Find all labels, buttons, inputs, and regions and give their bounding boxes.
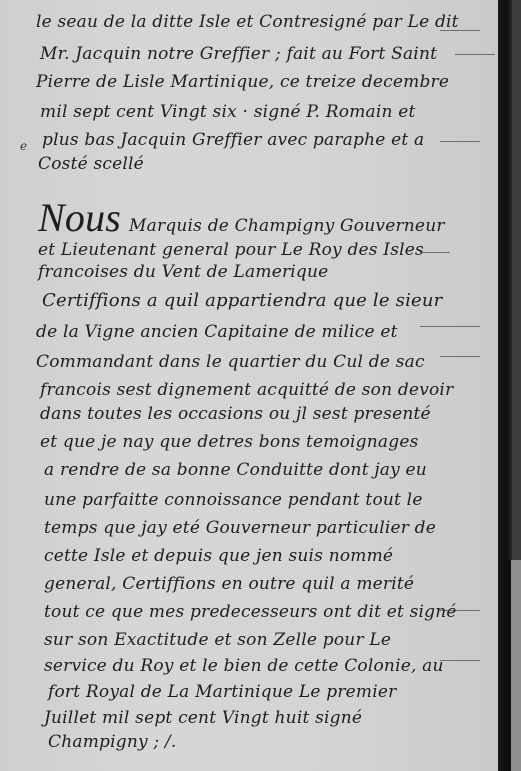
line-filler-rule (440, 356, 480, 357)
text-line: le seau de la ditte Isle et Contresigné … (36, 12, 459, 32)
text-line: une parfaitte connoissance pendant tout … (44, 490, 423, 510)
line-filler-rule (440, 610, 480, 611)
text-line: dans toutes les occasions ou jl sest pre… (40, 404, 431, 424)
text-line: general, Certiffions en outre quil a mer… (44, 574, 414, 594)
text-line: Juillet mil sept cent Vingt huit signé (44, 708, 362, 728)
manuscript-page: le seau de la ditte Isle et Contresigné … (0, 0, 500, 771)
text-line: fort Royal de La Martinique Le premier (48, 682, 396, 702)
text-line: Costé scellé (38, 154, 144, 174)
text-line: Pierre de Lisle Martinique, ce treize de… (36, 72, 449, 92)
text-line: francois sest dignement acquitté de son … (40, 380, 453, 400)
text-line: Mr. Jacquin notre Greffier ; fait au For… (40, 44, 437, 64)
signature-line: Champigny ; /. (48, 732, 176, 752)
text-line: sur son Exactitude et son Zelle pour Le (44, 630, 391, 650)
line-filler-rule (440, 660, 480, 661)
text-line: temps que jay eté Gouverneur particulier… (44, 518, 436, 538)
text-line: Commandant dans le quartier du Cul de sa… (36, 352, 425, 372)
text-line: francoises du Vent de Lamerique (38, 262, 328, 282)
initial-word-nous: Nous (38, 195, 121, 240)
text-line: et Lieutenant general pour Le Roy des Is… (38, 240, 424, 260)
line-filler-rule (440, 141, 480, 142)
heading-line: NousMarquis de Champigny Gouverneur (38, 198, 445, 238)
text-line-rest: Marquis de Champigny Gouverneur (129, 216, 445, 236)
margin-mark: e (20, 139, 27, 153)
line-filler-rule (420, 252, 450, 253)
line-filler-rule (420, 326, 480, 327)
text-line: plus bas Jacquin Greffier avec paraphe e… (42, 130, 424, 150)
page-outer-edge-lower (506, 560, 521, 771)
text-line: service du Roy et le bien de cette Colon… (44, 656, 444, 676)
text-line: cette Isle et depuis que jen suis nommé (44, 546, 393, 566)
text-line: tout ce que mes predecesseurs ont dit et… (44, 602, 457, 622)
line-filler-rule (440, 30, 480, 31)
text-line: de la Vigne ancien Capitaine de milice e… (36, 322, 398, 342)
text-line: mil sept cent Vingt six · signé P. Romai… (40, 102, 416, 122)
line-filler-rule (455, 54, 495, 55)
text-line: et que je nay que detres bons temoignage… (40, 432, 419, 452)
text-line: a rendre de sa bonne Conduitte dont jay … (44, 460, 427, 480)
text-line: Certiffions a quil appartiendra que le s… (42, 290, 443, 311)
